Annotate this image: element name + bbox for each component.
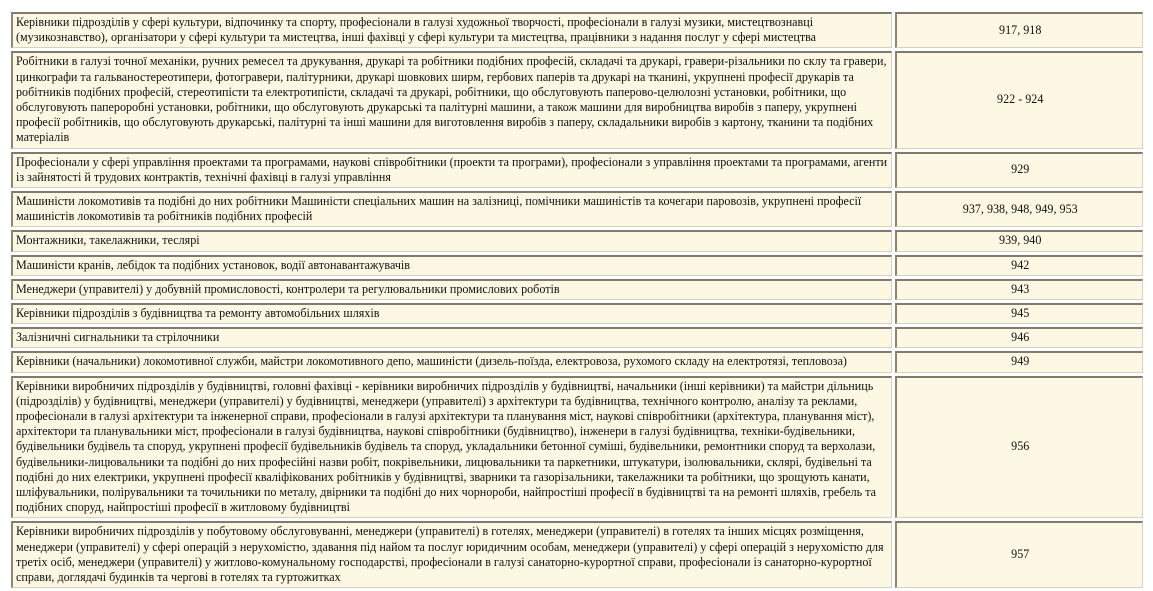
table-body: Керівники підрозділів у сфері культури, …	[11, 12, 1143, 559]
occupation-names-cell: Монтажники, такелажники, теслярі	[11, 230, 892, 251]
occupation-names-cell: Керівники підрозділів з будівництва та р…	[11, 303, 892, 324]
occupation-code-cell: 956	[895, 376, 1143, 519]
table-row: Керівники (начальники) локомотивної служ…	[11, 351, 1143, 372]
occupation-code-table: Керівники підрозділів у сфері культури, …	[8, 9, 1146, 559]
page-content: Керівники підрозділів у сфері культури, …	[8, 9, 1146, 559]
occupation-names-cell: Керівники виробничих підрозділів у побут…	[11, 521, 892, 559]
occupation-names-cell: Менеджери (управителі) у добувній промис…	[11, 279, 892, 300]
table-row: Монтажники, такелажники, теслярі 939, 94…	[11, 230, 1143, 251]
occupation-code-cell: 942	[895, 255, 1143, 276]
occupation-code-cell: 946	[895, 327, 1143, 348]
occupation-code-cell: 929	[895, 152, 1143, 188]
occupation-code-cell: 945	[895, 303, 1143, 324]
occupation-names-cell: Машиністи локомотивів та подібні до них …	[11, 191, 892, 227]
occupation-names-cell: Професіонали у сфері управління проектам…	[11, 152, 892, 188]
occupation-code-cell: 949	[895, 351, 1143, 372]
occupation-code-cell: 939, 940	[895, 230, 1143, 251]
occupation-names-cell: Робітники в галузі точної механіки, ручн…	[11, 51, 892, 148]
occupation-names-cell: Керівники підрозділів у сфері культури, …	[11, 12, 892, 48]
table-row: Керівники підрозділів у сфері культури, …	[11, 12, 1143, 48]
table-row: Професіонали у сфері управління проектам…	[11, 152, 1143, 188]
table-row: Менеджери (управителі) у добувній промис…	[11, 279, 1143, 300]
occupation-code-cell: 922 - 924	[895, 51, 1143, 148]
table-row: Керівники підрозділів з будівництва та р…	[11, 303, 1143, 324]
table-row: Керівники виробничих підрозділів у будів…	[11, 376, 1143, 519]
occupation-code-cell: 917, 918	[895, 12, 1143, 48]
occupation-code-cell: 957	[895, 521, 1143, 559]
table-row: Залізничні сигнальники та стрілочники 94…	[11, 327, 1143, 348]
occupation-names-cell: Керівники виробничих підрозділів у будів…	[11, 376, 892, 519]
occupation-names-cell: Машиністи кранів, лебідок та подібних ус…	[11, 255, 892, 276]
table-row: Машиністи локомотивів та подібні до них …	[11, 191, 1143, 227]
occupation-code-cell: 943	[895, 279, 1143, 300]
table-row: Робітники в галузі точної механіки, ручн…	[11, 51, 1143, 148]
occupation-names-cell: Керівники (начальники) локомотивної служ…	[11, 351, 892, 372]
occupation-code-cell: 937, 938, 948, 949, 953	[895, 191, 1143, 227]
occupation-names-cell: Залізничні сигнальники та стрілочники	[11, 327, 892, 348]
table-row: Машиністи кранів, лебідок та подібних ус…	[11, 255, 1143, 276]
table-row: Керівники виробничих підрозділів у побут…	[11, 521, 1143, 559]
